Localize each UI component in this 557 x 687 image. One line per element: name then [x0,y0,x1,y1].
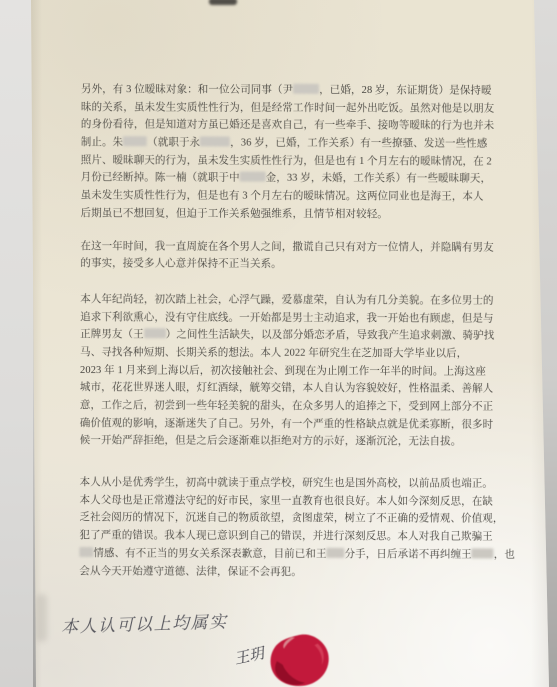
red-thumbprint-seal [261,629,338,687]
text-run: 月份已经断掉。陈一楠（就职于中 [81,172,240,184]
text-run: 本人父母也是正常遵法守纪的好市民，家里一直教育也很良好。本人如今深刻反思，在缺 [80,495,493,507]
text-run: 的事实，接受多人心意并保持不正当关系。 [80,258,281,270]
text-line: 会从今天开始遵守道德、法律，保证不会再犯。 [79,562,509,581]
text-line: 月份已经断掉。陈一楠（就职于中金，33 岁，未婚，工作关系）有一些暧昧聊天， [81,169,511,188]
text-run: 本人年纪尚轻，初次踏上社会，心浮气躁，爱慕虚荣，自认为有几分美貌。在多位男士的 [80,294,493,306]
text-run: 在这一年时间，我一直周旋在各个男人之间，撒谎自己只有对方一位情人，并隐瞒有男友 [80,240,493,252]
text-run: ，36 岁，已婚，工作关系）有一些撩骚、发送一些性感 [230,138,487,150]
text-line: 昧的关系，虽未发生实质性性行为，但是经常工作时间一起外出吃饭。虽然对他是以朋友 [81,99,511,118]
paper-edge-smudge [36,594,47,642]
text-run: ）之间性生活缺失，以及部分婚恋矛盾，导致我产生追求刺激、骑驴找 [166,330,495,342]
redaction-blur [123,136,147,146]
text-line: 乏社会阅历的情况下，沉迷自己的物质欲望，贪图虚荣，树立了不正确的爱情观、价值观， [79,509,509,528]
redaction-blur [144,328,166,338]
top-edge-smudge [209,0,237,5]
text-line: 犯了严重的错误。我本人现已意识到自己的错误，并进行深刻反思。本人对我自己欺骗王 [79,527,509,546]
text-run: 后期虽已不想回复，但迫于工作关系勉强维系，且情节相对较轻。 [81,208,388,220]
redaction-blur [79,547,93,557]
text-line: 另外，有 3 位暧昧对象：和一位公司同事（尹，已婚，28 岁，东证期货）是保持暧 [81,81,511,100]
text-line: 确价值观的影响，逐渐迷失了自己。另外，有一个严重的性格缺点就是优柔寡断，很多时 [80,415,510,434]
text-run: 的身份看待，但是知道对方虽已婚还是喜欢自己，有一些牵手、接吻等暧昧的行为也并未 [81,119,494,131]
text-run: 另外，有 3 位暧昧对象：和一位公司同事（尹 [81,84,293,96]
redaction-blur [240,172,266,182]
handwritten-signature: 王玥 [232,642,266,669]
paragraph: 本人从小是优秀学生，初高中就读于重点学校，研究生也是国外高校，以前品质也端正。本… [79,474,509,582]
text-run: 2023 年 1 月来到上海以后，初次接触社会、到现在为止刚工作一年半的时间。上… [80,365,486,377]
text-run: 会从今天开始遵守道德、法律，保证不会再犯。 [79,565,302,577]
text-run: 情感、有不正当的男女关系深表歉意，目前已和王 [93,548,326,560]
text-run: 乏社会阅历的情况下，沉迷自己的物质欲望，贪图虚荣，树立了不正确的爱情观、价值观， [79,512,503,524]
redaction-blur [472,548,494,558]
text-run: 意，工作之后，初尝到一些年轻美貌的甜头，在众多男人的追捧之下，受到网上部分不正 [80,400,493,412]
redaction-blur [327,548,345,558]
text-run: 确价值观的影响，逐渐迷失了自己。另外，有一个严重的性格缺点就是优柔寡断，很多时 [80,418,493,430]
text-line: 2023 年 1 月来到上海以后，初次接触社会、到现在为止刚工作一年半的时间。上… [80,362,510,381]
text-line: 正牌男友（王）之间性生活缺失，以及部分婚恋矛盾，导致我产生追求刺激、骑驴找 [80,326,510,345]
text-run: ，已婚，28 岁，东证期货）是保持暧 [319,85,491,97]
text-line: 本人父母也是正常遵法守纪的好市民，家里一直教育也很良好。本人如今深刻反思，在缺 [80,492,510,511]
text-line: 虽未发生实质性性行为，但是也有 3 个月左右的暧昧情况。这两位同业也是海王，本人 [81,187,511,206]
letter-body: 另外，有 3 位暧昧对象：和一位公司同事（尹，已婚，28 岁，东证期货）是保持暧… [79,81,511,582]
text-line: 城市，花花世界迷人眼，灯红酒绿，觥筹交错，本人自认为容貌姣好，性格温柔、善解人 [80,379,510,398]
text-run: 犯了严重的错误。我本人现已意识到自己的错误，并进行深刻反思。本人对我自己欺骗王 [79,530,492,542]
handwritten-confirmation: 本人认可以上均属实 [61,607,228,637]
text-line: 照片、暧昧聊天的行为，虽未发生实质性性行为，但是也有 1 个月左右的暧昧情况，在… [81,152,511,171]
text-line: 的事实，接受多人心意并保持不正当关系。 [80,255,510,274]
letter-photo: 另外，有 3 位暧昧对象：和一位公司同事（尹，已婚，28 岁，东证期货）是保持暧… [0,0,557,687]
text-run: 制止。朱 [81,137,123,148]
text-run: （就职于永 [147,137,200,148]
text-run: 虽未发生实质性性行为，但是也有 3 个月左右的暧昧情况。这两位同业也是海王，本人 [81,190,484,202]
text-run: ，也 [494,549,515,560]
background-left-strip [0,0,33,687]
text-line: 的身份看待，但是知道对方虽已婚还是喜欢自己，有一些牵手、接吻等暧昧的行为也并未 [81,116,511,135]
text-line: 本人从小是优秀学生，初高中就读于重点学校，研究生也是国外高校，以前品质也端正。 [80,474,510,493]
paragraph: 另外，有 3 位暧昧对象：和一位公司同事（尹，已婚，28 岁，东证期货）是保持暧… [81,81,511,224]
text-run: 马、寻找各种短期、长期关系的想法。本人 2022 年研究生在芝加哥大学毕业以后， [80,347,467,359]
text-run: 候一开始严辞拒绝，但是之后会逐渐难以拒绝对方的示好，逐渐沉沦，无法自拔。 [80,435,462,447]
text-run: 昧的关系，虽未发生实质性性行为，但是经常工作时间一起外出吃饭。虽然对他是以朋友 [81,102,494,114]
text-run: 照片、暧昧聊天的行为，虽未发生实质性性行为，但是也有 1 个月左右的暧昧情况，在… [81,155,492,167]
text-line: 后期虽已不想回复，但迫于工作关系勉强维系，且情节相对较轻。 [81,205,511,224]
thumbprint-blob [261,629,338,687]
paragraph: 在这一年时间，我一直周旋在各个男人之间，撒谎自己只有对方一位情人，并隐瞒有男友的… [80,237,510,274]
text-run: 本人从小是优秀学生，初高中就读于重点学校，研究生也是国外高校，以前品质也端正。 [80,477,493,489]
text-run: 城市，花花世界迷人眼，灯红酒绿，觥筹交错，本人自认为容貌姣好，性格温柔、善解人 [80,382,493,394]
text-line: 意，工作之后，初尝到一些年轻美貌的甜头，在众多男人的追捧之下，受到网上部分不正 [80,397,510,416]
paper-sheet: 另外，有 3 位暧昧对象：和一位公司同事（尹，已婚，28 岁，东证期货）是保持暧… [0,0,557,687]
text-line: 本人年纪尚轻，初次踏上社会，心浮气躁，爱慕虚荣，自认为有几分美貌。在多位男士的 [80,291,510,310]
text-line: 马、寻找各种短期、长期关系的想法。本人 2022 年研究生在芝加哥大学毕业以后， [80,344,510,363]
text-line: 追求下利欲熏心，没有守住底线。一开始都是男士主动追求，我一开始也有顾虑，但是与 [80,309,510,328]
paragraph: 本人年纪尚轻，初次踏上社会，心浮气躁，爱慕虚荣，自认为有几分美貌。在多位男士的追… [80,291,511,452]
redaction-blur [200,136,230,146]
text-run: 正牌男友（王 [80,329,144,340]
text-line: 制止。朱（就职于永，36 岁，已婚，工作关系）有一些撩骚、发送一些性感 [81,134,511,153]
text-line: 候一开始严辞拒绝，但是之后会逐渐难以拒绝对方的示好，逐渐沉沦，无法自拔。 [80,432,510,451]
text-run: 分手，日后承诺不再纠缠王 [345,549,472,560]
text-run: 金，33 岁，未婚，工作关系）有一些暧昧聊天， [266,173,491,185]
text-line: 情感、有不正当的男女关系深表歉意，目前已和王分手，日后承诺不再纠缠王，也 [79,545,509,564]
redaction-blur [293,84,319,94]
text-run: 追求下利欲熏心，没有守住底线。一开始都是男士主动追求，我一开始也有顾虑，但是与 [80,312,493,324]
text-line: 在这一年时间，我一直周旋在各个男人之间，撒谎自己只有对方一位情人，并隐瞒有男友 [80,237,510,256]
